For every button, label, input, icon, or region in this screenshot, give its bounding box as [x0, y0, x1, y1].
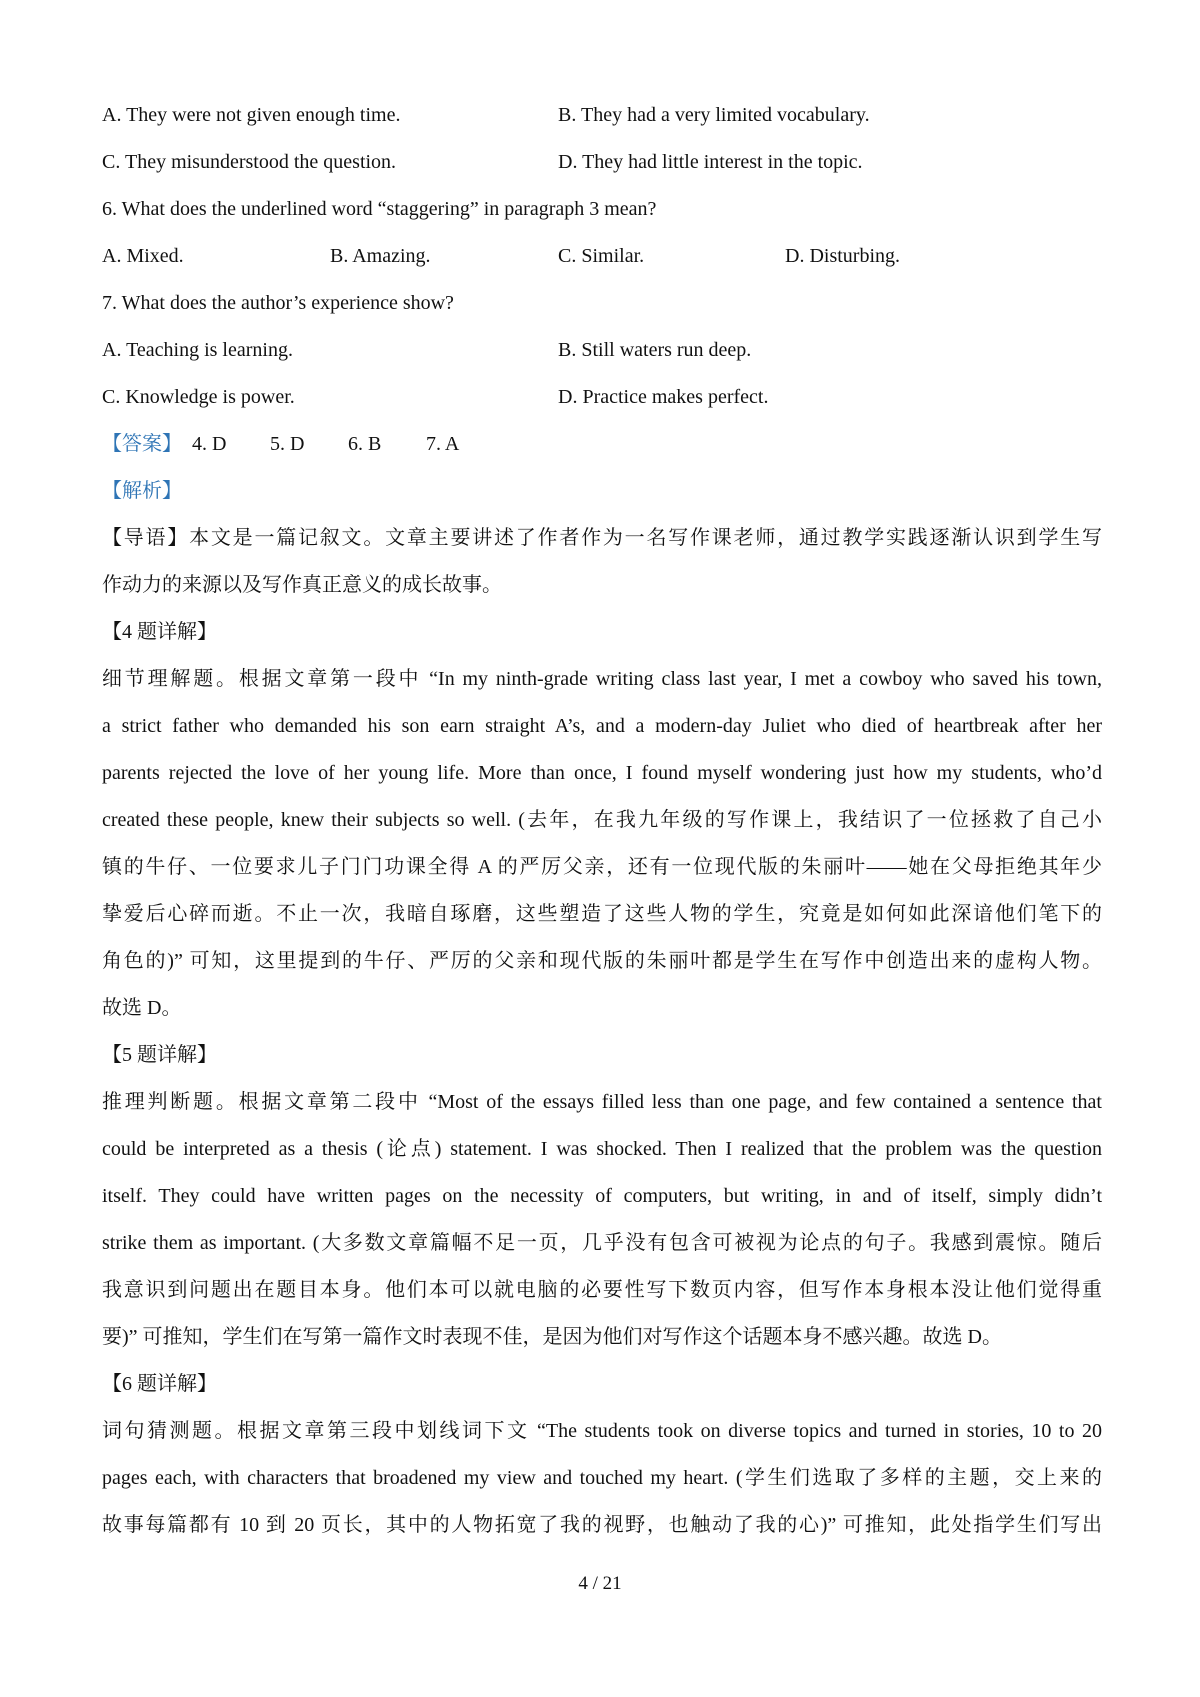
option-cell: C. They misunderstood the question.	[102, 139, 558, 186]
option-cell: C. Knowledge is power.	[102, 374, 558, 421]
option-cell: A. They were not given enough time.	[102, 92, 558, 139]
options-row: C. Knowledge is power.D. Practice makes …	[102, 374, 1102, 421]
option-cell: B. They had a very limited vocabulary.	[558, 92, 1102, 139]
option-cell: D. Disturbing.	[785, 233, 1102, 280]
explanation-line: itself. They could have written pages on…	[102, 1173, 1102, 1220]
explanation-line: parents rejected the love of her young l…	[102, 750, 1102, 797]
page-number: 4 / 21	[0, 1572, 1200, 1596]
option-cell: D. Practice makes perfect.	[558, 374, 1102, 421]
answer-item: 6. B	[348, 421, 426, 468]
option-cell: B. Still waters run deep.	[558, 327, 1102, 374]
explanation-line: 角色的)” 可知，这里提到的牛仔、严厉的父亲和现代版的朱丽叶都是学生在写作中创造…	[102, 938, 1102, 985]
explanation-line: could be interpreted as a thesis (论点) st…	[102, 1126, 1102, 1173]
intro-line: 【导语】本文是一篇记叙文。文章主要讲述了作者作为一名写作课老师，通过教学实践逐渐…	[102, 515, 1102, 562]
question-7-stem: 7. What does the author’s experience sho…	[102, 280, 1102, 327]
option-cell: A. Mixed.	[102, 233, 330, 280]
options-row: A. Teaching is learning.B. Still waters …	[102, 327, 1102, 374]
explanation-line: 故事每篇都有 10 到 20 页长，其中的人物拓宽了我的视野，也触动了我的心)”…	[102, 1502, 1102, 1549]
options-row: A. They were not given enough time.B. Th…	[102, 92, 1102, 139]
options-row: A. Mixed.B. Amazing.C. Similar.D. Distur…	[102, 233, 1102, 280]
explanation-line: created these people, knew their subject…	[102, 797, 1102, 844]
question-6-stem: 6. What does the underlined word “stagge…	[102, 186, 1102, 233]
explanation-line: 故选 D。	[102, 985, 1102, 1032]
section-header-q4: 【4 题详解】	[102, 609, 1102, 656]
explanation-line: 推理判断题。根据文章第二段中 “Most of the essays fille…	[102, 1079, 1102, 1126]
section-header-q6: 【6 题详解】	[102, 1361, 1102, 1408]
document-body: A. They were not given enough time.B. Th…	[102, 92, 1102, 1549]
section-header-q5: 【5 题详解】	[102, 1032, 1102, 1079]
answer-label: 【答案】	[102, 433, 182, 455]
explanation-line: strike them as important. (大多数文章篇幅不足一页，几…	[102, 1220, 1102, 1267]
explanation-line: 细节理解题。根据文章第一段中 “In my ninth-grade writin…	[102, 656, 1102, 703]
explanation-line: a strict father who demanded his son ear…	[102, 703, 1102, 750]
answer-item: 5. D	[270, 421, 348, 468]
options-row: C. They misunderstood the question.D. Th…	[102, 139, 1102, 186]
explanation-line: 要)” 可推知，学生们在写第一篇作文时表现不佳，是因为他们对写作这个话题本身不感…	[102, 1314, 1102, 1361]
intro-line: 作动力的来源以及写作真正意义的成长故事。	[102, 562, 1102, 609]
explanation-line: 镇的牛仔、一位要求儿子门门功课全得 A 的严厉父亲，还有一位现代版的朱丽叶——她…	[102, 844, 1102, 891]
explanation-line: 挚爱后心碎而逝。不止一次，我暗自琢磨，这些塑造了这些人物的学生，究竟是如何如此深…	[102, 891, 1102, 938]
analysis-section-label: 【解析】	[102, 468, 1102, 515]
option-cell: A. Teaching is learning.	[102, 327, 558, 374]
document-page: A. They were not given enough time.B. Th…	[0, 0, 1200, 1697]
option-cell: C. Similar.	[558, 233, 785, 280]
option-cell: D. They had little interest in the topic…	[558, 139, 1102, 186]
option-cell: B. Amazing.	[330, 233, 558, 280]
section-label-text: 【解析】	[102, 480, 182, 502]
explanation-line: 词句猜测题。根据文章第三段中划线词下文 “The students took o…	[102, 1408, 1102, 1455]
answer-item: 4. D	[192, 421, 270, 468]
answer-line: 【答案】4. D5. D6. B7. A	[102, 421, 1102, 468]
explanation-line: pages each, with characters that broaden…	[102, 1455, 1102, 1502]
explanation-line: 我意识到问题出在题目本身。他们本可以就电脑的必要性写下数页内容，但写作本身根本没…	[102, 1267, 1102, 1314]
answer-item: 7. A	[426, 421, 504, 468]
